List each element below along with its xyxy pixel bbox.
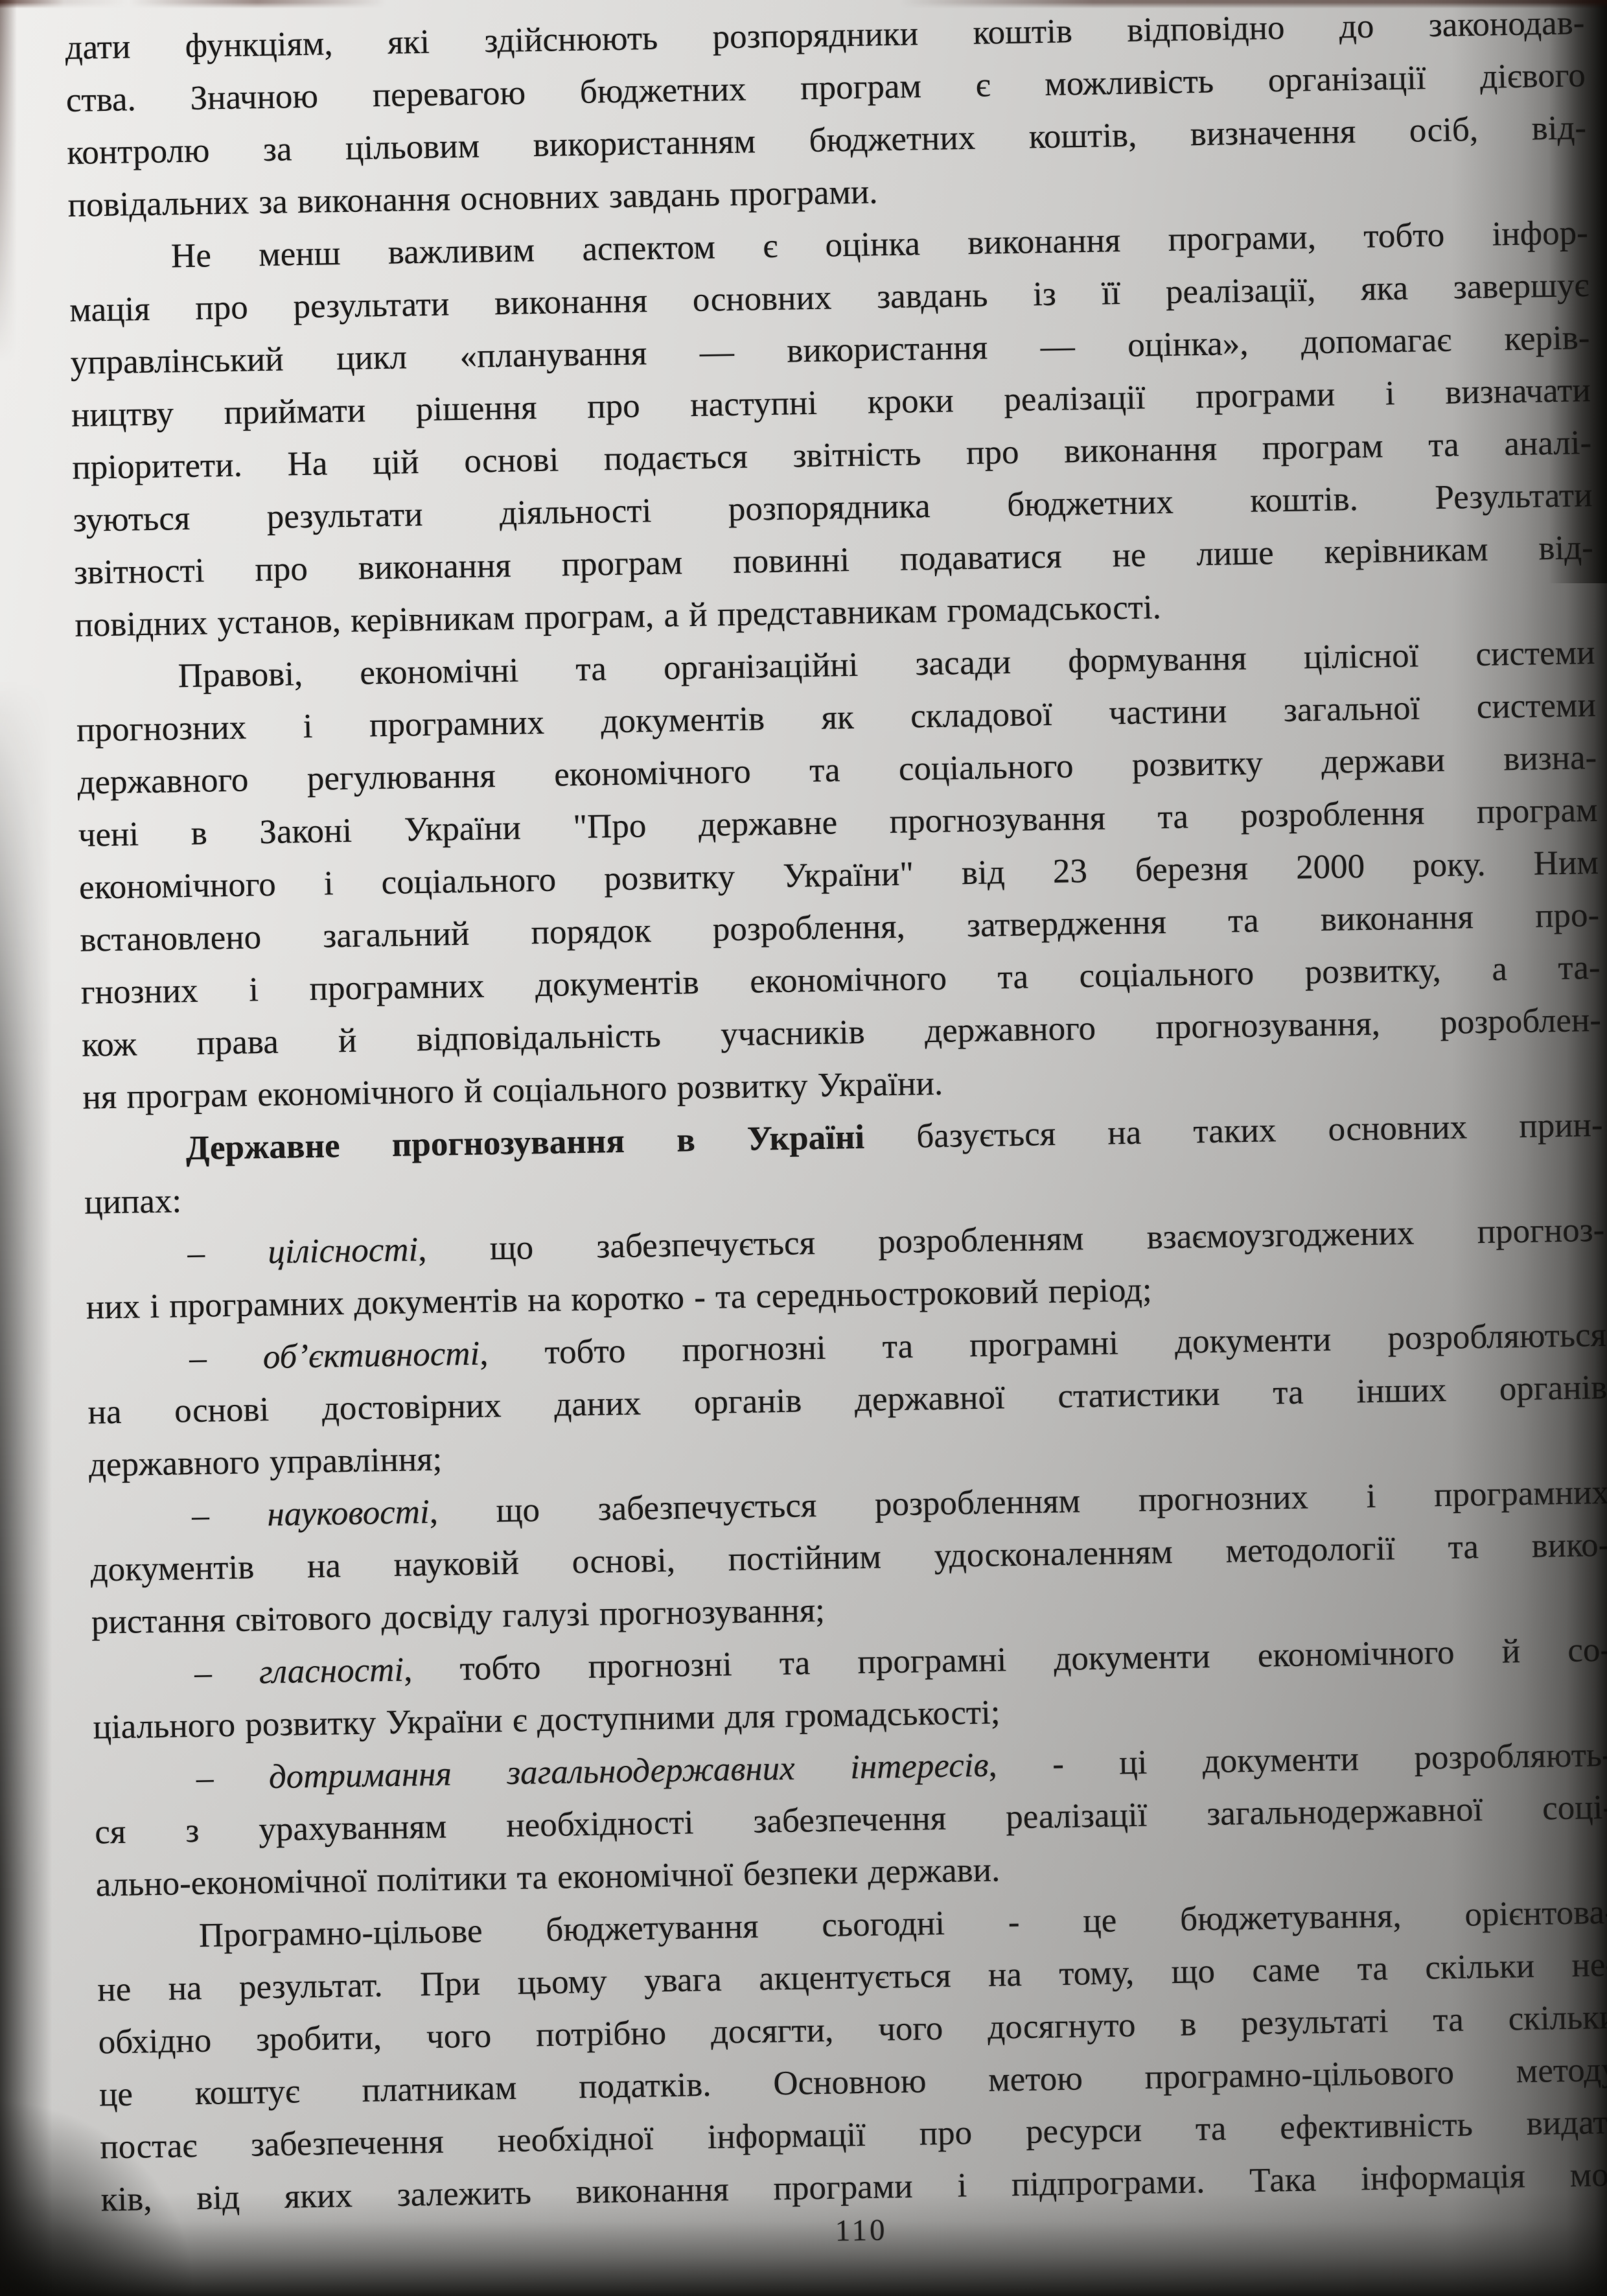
- text-segment: , - ці документи розробляють-: [988, 1736, 1607, 1784]
- text-segment: базується на таких основних прин-: [864, 1106, 1603, 1156]
- term-italic: дотримання загальнодержавних інтересів: [268, 1746, 989, 1796]
- term-italic: гласності: [259, 1651, 404, 1691]
- list-dash: –: [196, 1758, 269, 1797]
- photo-vignette-corner-top-left: [0, 0, 17, 363]
- photo-vignette-left: [0, 680, 52, 2296]
- term-italic: об’єктивності: [262, 1335, 480, 1376]
- term-italic: цілісності: [268, 1231, 419, 1271]
- list-dash: –: [187, 1233, 268, 1272]
- term-italic: науковості: [267, 1493, 430, 1533]
- heading-bold: Державне прогнозування в Україні: [185, 1119, 864, 1167]
- book-page-photo: дати функціям, які здійснюють розпорядни…: [0, 0, 1607, 2296]
- list-dash: –: [189, 1338, 264, 1377]
- list-dash: –: [194, 1653, 260, 1692]
- list-dash: –: [192, 1496, 268, 1535]
- page-text: дати функціям, які здійснюють розпорядни…: [65, 0, 1607, 2270]
